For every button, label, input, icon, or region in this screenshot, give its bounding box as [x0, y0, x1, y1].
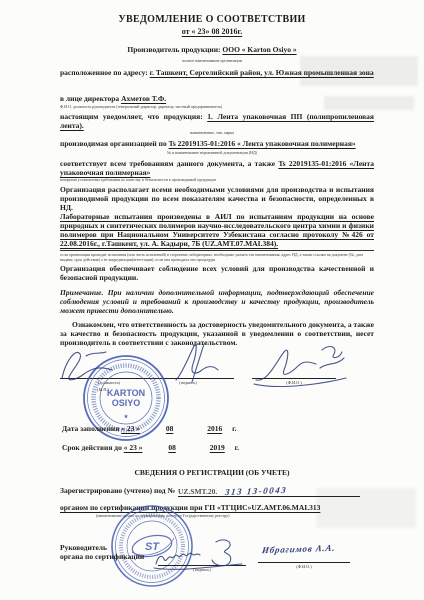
product-label: настоящим уведомляет, что продукция: — [60, 112, 203, 121]
sign-signature-ink — [168, 340, 226, 384]
date-valid-label: Срок действия до — [62, 443, 122, 452]
registration-number-handwritten: 313 13-0043 — [225, 485, 288, 497]
director-line: в лице директора Ахметов Т.Ф. — [60, 94, 166, 103]
date-filled-year: 2016 — [199, 424, 230, 433]
date-valid-line: Срок действия до « 23 » 08 2019 г. — [62, 443, 239, 452]
standard-value: Ts 22019135-01:2016 « Лента упаковочная … — [169, 139, 356, 148]
document-date-line: от « 23» 08 2016г. — [0, 27, 424, 36]
date-filled-month: 08 — [156, 424, 184, 433]
date-valid-day: « 23 » — [124, 443, 143, 452]
conformity-label: соответствует всем требованиям данного д… — [60, 159, 275, 168]
product-hint: наименование, тип, марка — [0, 130, 424, 135]
head-name-line — [258, 562, 350, 563]
head-title-line2: органа по сертификации — [60, 552, 150, 561]
stamp-company-line1: KARTON — [107, 388, 145, 398]
date-valid-month: 08 — [158, 443, 186, 452]
producer-hint: полное наименование организации — [0, 58, 424, 63]
date-filled-label: Дата заполнения — [62, 424, 119, 433]
standard-label: производимая организацией по — [60, 139, 167, 148]
director-label: в лице директора — [60, 94, 119, 103]
head-title-line1: Руководитель — [60, 543, 150, 552]
conformity-line: соответствует всем требованиям данного д… — [60, 159, 374, 177]
paragraph-note: Примечание. При наличии дополнительной и… — [60, 288, 374, 315]
registration-label: Зарегистрировано (учтено) под № — [60, 486, 175, 497]
registration-title: СВЕДЕНИЯ О РЕГИСТРАЦИИ (ОБ УЧЕТЕ) — [0, 468, 424, 477]
producer-value: ООО « Karton Osiyo » — [222, 45, 296, 54]
address-line: расположенное по адресу: г. Ташкент, Сер… — [60, 68, 374, 77]
address-label: расположенное по адресу: — [60, 68, 148, 77]
producer-line: Производитель продукции: ООО « Karton Os… — [0, 45, 424, 54]
conformity-hint: которыми установлены требования по качес… — [60, 177, 374, 182]
head-name-label: (Ф.И.О.) — [258, 564, 350, 569]
head-name-handwritten: Ибрагимов А.А. — [261, 543, 336, 556]
address-value: г. Ташкент, Сергелийский район, ул. Южна… — [150, 68, 374, 77]
scanned-document: УВЕДОМЛЕНИЕ О СООТВЕТСТВИИ от « 23» 08 2… — [0, 0, 424, 600]
date-filled-day: « 23 » — [121, 424, 140, 433]
stamp-star-icon: ★ — [124, 414, 129, 420]
date-valid-year: 2019 — [202, 443, 233, 452]
paragraph-lab-hint: если организация проводит испытания (или… — [60, 250, 374, 262]
stamp-company-line2: OSIYO — [112, 398, 141, 408]
registration-number-printed: UZ.SMT.20. — [178, 487, 217, 496]
standard-line: производимая организацией по Ts 22019135… — [60, 139, 356, 148]
paragraph-lab-tests: Лабораторные испытания произведены в АИЛ… — [60, 212, 374, 248]
registration-number-field: UZ.SMT.20. 313 13-0043 — [178, 486, 360, 497]
paragraph-capability: Организация располагает всеми необходимы… — [60, 185, 374, 212]
date-filled-suffix: г. — [232, 424, 236, 433]
name-signature-ink — [250, 338, 348, 388]
certification-head-title: Руководитель органа по сертификации — [60, 543, 150, 561]
director-value: Ахметов Т.Ф. — [121, 94, 166, 103]
registration-number-line: Зарегистрировано (учтено) под № UZ.SMT.2… — [60, 486, 360, 497]
date-filled-line: Дата заполнения « 23 » 08 2016 г. — [62, 424, 237, 433]
head-signature-ink — [150, 536, 246, 572]
document-title: УВЕДОМЛЕНИЕ О СООТВЕТСТВИИ — [0, 14, 424, 25]
product-line: настоящим уведомляет, что продукция: 1. … — [60, 112, 374, 130]
date-valid-suffix: г. — [235, 443, 239, 452]
paragraph-assurance: Организация обеспечивает соблюдение всех… — [60, 264, 374, 282]
director-hint: Ф.И.О, должность руководителя (генеральн… — [60, 104, 374, 109]
document-date: от « 23» 08 2016г. — [182, 27, 243, 36]
producer-label: Производитель продукции: — [127, 45, 220, 54]
position-signature-ink — [56, 344, 118, 386]
standard-hint: № и наименование нормативной документаци… — [0, 150, 424, 155]
